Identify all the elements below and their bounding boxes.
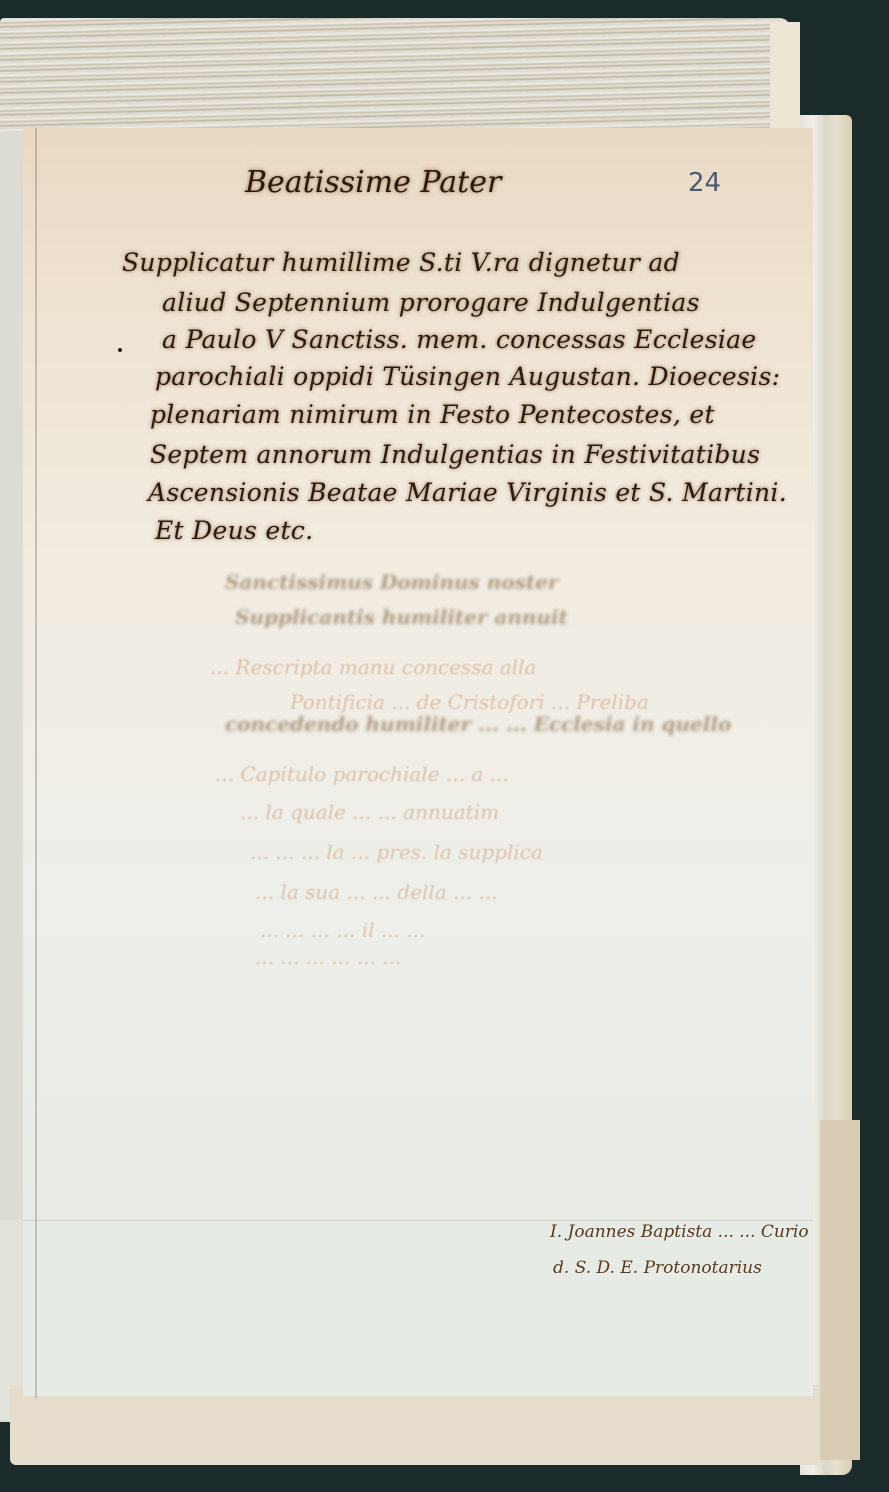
body-line: plenariam nimirum in Festo Pentecostes, …	[150, 400, 715, 429]
bleed-line: ... ... ... ... il ... ...	[260, 918, 425, 942]
folio-number: 24	[688, 168, 721, 198]
book-page-edges	[0, 18, 790, 138]
bleed-line: concedendo humiliter ... ... Ecclesia in…	[225, 712, 731, 736]
body-line: Ascensionis Beatae Mariae Virginis et S.…	[148, 478, 787, 507]
body-line: aliud Septennium prorogare Indulgentias	[162, 288, 700, 317]
bleed-line: ... ... ... ... ... ...	[255, 945, 401, 969]
bleed-line: ... la quale ... ... annuatim	[240, 800, 499, 824]
signature-line: d. S. D. E. Protonotarius	[553, 1258, 762, 1278]
right-page-edges-lower	[820, 1120, 860, 1460]
bleed-line: Supplicantis humiliter annuit	[235, 605, 568, 629]
binding-fold	[35, 128, 37, 1398]
body-line: parochiali oppidi Tüsingen Augustan. Dio…	[155, 362, 780, 391]
bleed-line: Pontificia ... de Cristofori ... Preliba	[290, 690, 649, 714]
body-line: Et Deus etc.	[155, 516, 313, 545]
bleed-line: ... Rescripta manu concessa alla	[210, 655, 536, 679]
bleed-line: Sanctissimus Dominus noster	[225, 570, 558, 594]
ink-dot	[118, 348, 122, 352]
bottom-leaf	[10, 1385, 820, 1465]
signature-line: I. Joannes Baptista ... ... Curio	[550, 1222, 809, 1242]
bleed-line: ... la sua ... ... della ... ...	[255, 880, 498, 904]
manuscript-page-folded-bottom	[23, 1220, 813, 1396]
body-line: a Paulo V Sanctiss. mem. concessas Eccle…	[162, 325, 756, 354]
body-line: Supplicatur humillime S.ti V.ra dignetur…	[122, 248, 680, 277]
heading: Beatissime Pater	[245, 165, 501, 200]
body-line: Septem annorum Indulgentias in Festivita…	[150, 440, 760, 469]
bleed-line: ... ... ... la ... pres. la supplica	[250, 840, 543, 864]
bleed-line: ... Capitulo parochiale ... a ...	[215, 762, 509, 786]
